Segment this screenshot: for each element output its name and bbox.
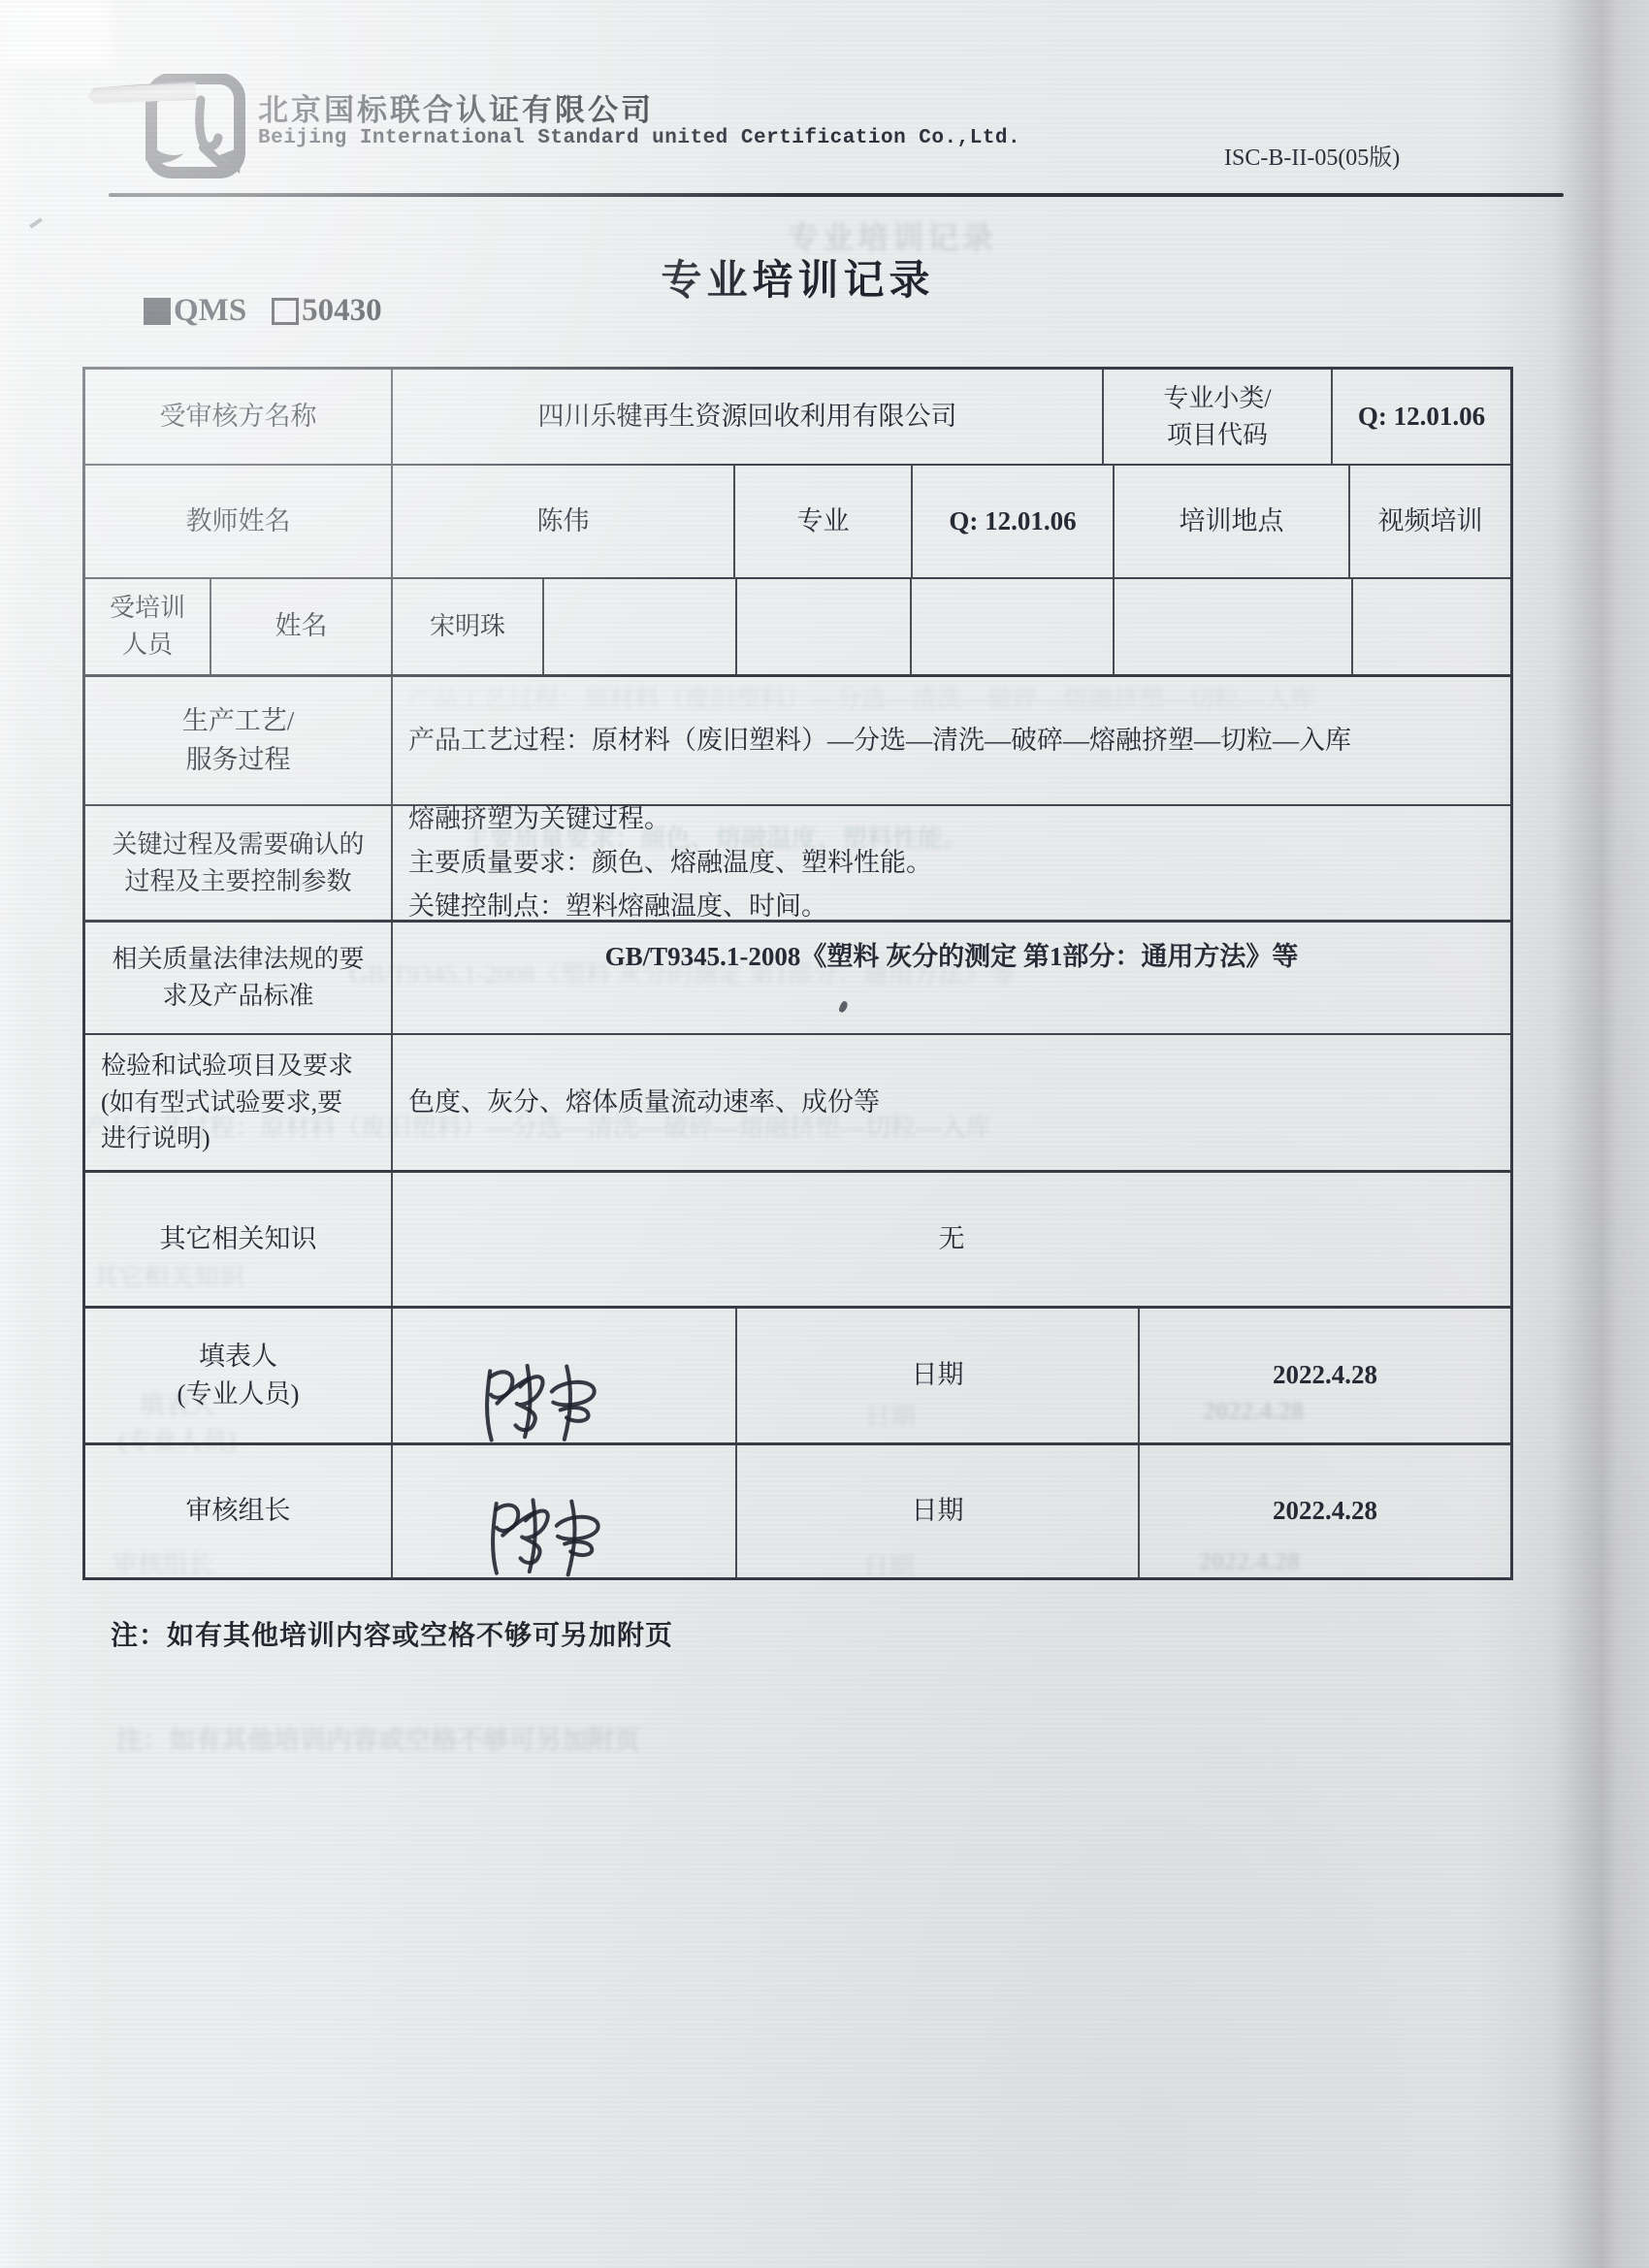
row-teacher: 教师姓名 陈伟 专业 Q: 12.01.06 培训地点 视频培训 xyxy=(85,464,1510,577)
row-auditee: 受审核方名称 四川乐犍再生资源回收利用有限公司 专业小类/ 项目代码 Q: 12… xyxy=(85,370,1510,464)
key-process-value: 熔融挤塑为关键过程。 主要质量要求：颜色、熔融温度、塑料性能。 关键控制点：塑料… xyxy=(391,806,1510,920)
checkbox-qms-label: QMS xyxy=(174,293,246,329)
regulations-value: GB/T9345.1-2008《塑料 灰分的测定 第1部分：通用方法》等 xyxy=(391,923,1510,1033)
bleedthrough-footnote: 注：如有其他培训内容或空格不够可另加附页 xyxy=(116,1719,640,1757)
checkbox-50430-label: 50430 xyxy=(302,293,382,329)
form-type-checkboxes: QMS 50430 xyxy=(144,293,382,329)
process-label: 生产工艺/ 服务过程 xyxy=(85,677,391,804)
row-other-knowledge: 其它相关知识 无 xyxy=(85,1170,1510,1306)
document-code: ISC-B-II-05(05版) xyxy=(1224,138,1400,172)
preparer-label: 填表人 (专业人员) xyxy=(85,1309,391,1442)
subcategory-label: 专业小类/ 项目代码 xyxy=(1102,370,1331,464)
scan-corner-highlight xyxy=(0,0,112,68)
training-record-table: 受审核方名称 四川乐犍再生资源回收利用有限公司 专业小类/ 项目代码 Q: 12… xyxy=(82,367,1513,1580)
trainee-name-2 xyxy=(735,579,910,674)
footnote: 注：如有其他培训内容或空格不够可另加附页 xyxy=(111,1614,673,1653)
team-leader-signature-scribble xyxy=(482,1486,609,1579)
row-inspection: 检验和试验项目及要求 (如有型式试验要求,要 进行说明) 色度、灰分、熔体质量流… xyxy=(85,1033,1510,1170)
preparer-date-label: 日期 xyxy=(735,1309,1138,1442)
trainee-name-5 xyxy=(1351,579,1510,674)
trainee-group-label: 受培训 人员 xyxy=(85,579,210,674)
margin-mark xyxy=(29,217,43,228)
key-process-line-3: 关键控制点：塑料熔融温度、时间。 xyxy=(408,888,827,925)
location-label: 培训地点 xyxy=(1113,466,1348,577)
inspection-value: 色度、灰分、熔体质量流动速率、成份等 xyxy=(391,1035,1510,1170)
team-leader-date-value: 2022.4.28 xyxy=(1138,1445,1510,1577)
process-value: 产品工艺过程：原材料（废旧塑料）—分选—清洗—破碎—熔融挤塑—切粒—入库 xyxy=(391,677,1510,804)
preparer-signature-scribble xyxy=(475,1350,606,1448)
other-knowledge-label: 其它相关知识 xyxy=(85,1173,391,1306)
key-process-label: 关键过程及需要确认的 过程及主要控制参数 xyxy=(85,806,391,920)
row-team-leader: 审核组长 日期 2022.4.28 xyxy=(85,1442,1510,1577)
row-regulations: 相关质量法律法规的要 求及产品标准 GB/T9345.1-2008《塑料 灰分的… xyxy=(85,920,1510,1033)
teacher-label: 教师姓名 xyxy=(85,466,391,577)
major-label: 专业 xyxy=(733,466,911,577)
auditee-label: 受审核方名称 xyxy=(85,370,391,464)
regulations-label: 相关质量法律法规的要 求及产品标准 xyxy=(85,923,391,1033)
checkbox-50430: 50430 xyxy=(272,293,382,329)
company-name-en: Beijing International Standard united Ce… xyxy=(258,127,1020,149)
checked-box-icon xyxy=(144,298,171,325)
row-key-process: 关键过程及需要确认的 过程及主要控制参数 熔融挤塑为关键过程。 主要质量要求：颜… xyxy=(85,804,1510,920)
trainee-name-label: 姓名 xyxy=(210,579,391,674)
preparer-date-value: 2022.4.28 xyxy=(1138,1309,1510,1442)
location-value: 视频培训 xyxy=(1348,466,1510,577)
teacher-value: 陈伟 xyxy=(391,466,733,577)
major-value: Q: 12.01.06 xyxy=(911,466,1113,577)
unchecked-box-icon xyxy=(272,298,299,325)
inspection-label: 检验和试验项目及要求 (如有型式试验要求,要 进行说明) xyxy=(85,1035,391,1170)
key-process-line-1: 熔融挤塑为关键过程。 xyxy=(408,800,670,838)
row-trainees: 受培训 人员 姓名 宋明珠 xyxy=(85,577,1510,674)
scanned-training-record-page: 北京国标联合认证有限公司 Beijing International Stand… xyxy=(0,0,1649,2268)
header-divider xyxy=(109,193,1564,197)
row-preparer: 填表人 (专业人员) 日期 2022.4.28 xyxy=(85,1306,1510,1442)
key-process-line-2: 主要质量要求：颜色、熔融温度、塑料性能。 xyxy=(408,844,932,882)
checkbox-qms: QMS xyxy=(144,293,246,329)
trainee-name-3 xyxy=(910,579,1113,674)
other-knowledge-value: 无 xyxy=(391,1173,1510,1306)
auditee-value: 四川乐犍再生资源回收利用有限公司 xyxy=(391,370,1102,464)
subcategory-value: Q: 12.01.06 xyxy=(1331,370,1510,464)
row-process: 生产工艺/ 服务过程 产品工艺过程：原材料（废旧塑料）—分选—清洗—破碎—熔融挤… xyxy=(85,674,1510,804)
company-name-cn: 北京国标联合认证有限公司 xyxy=(258,85,654,129)
trainee-name-1 xyxy=(542,579,735,674)
trainee-name-4 xyxy=(1113,579,1351,674)
trainee-name-0: 宋明珠 xyxy=(391,579,542,674)
team-leader-label: 审核组长 xyxy=(85,1445,391,1577)
team-leader-date-label: 日期 xyxy=(735,1445,1138,1577)
